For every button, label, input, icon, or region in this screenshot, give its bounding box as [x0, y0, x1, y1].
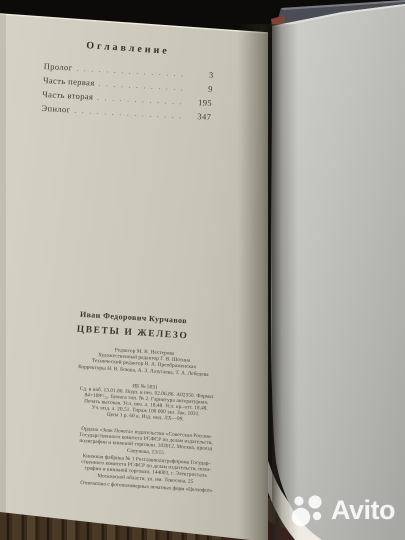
book-photo: Оглавление Пролог 3 Часть первая 9 Часть…: [0, 0, 405, 540]
toc-page-number: 3: [191, 69, 213, 80]
toc-page-number: 347: [189, 111, 211, 122]
toc-label: Часть первая: [43, 75, 95, 88]
avito-watermark: Avito: [291, 493, 395, 527]
toc-label: Пролог: [43, 61, 72, 72]
toc-dot-leader: [74, 107, 185, 121]
toc-label: Часть вторая: [42, 89, 94, 102]
toc-dot-leader: [98, 80, 187, 93]
toc-dot-leader: [97, 94, 186, 107]
toc-page-number: 9: [191, 83, 213, 94]
toc-label: Эпилог: [41, 103, 71, 115]
avito-logo-icon: [291, 493, 328, 527]
toc-page-number: 195: [190, 97, 212, 108]
left-page-left-shade: [0, 14, 6, 514]
avito-wordmark: Avito: [331, 495, 395, 526]
toc-dot-leader: [76, 65, 187, 79]
toc-list: Пролог 3 Часть первая 9 Часть вторая 195…: [41, 61, 214, 126]
